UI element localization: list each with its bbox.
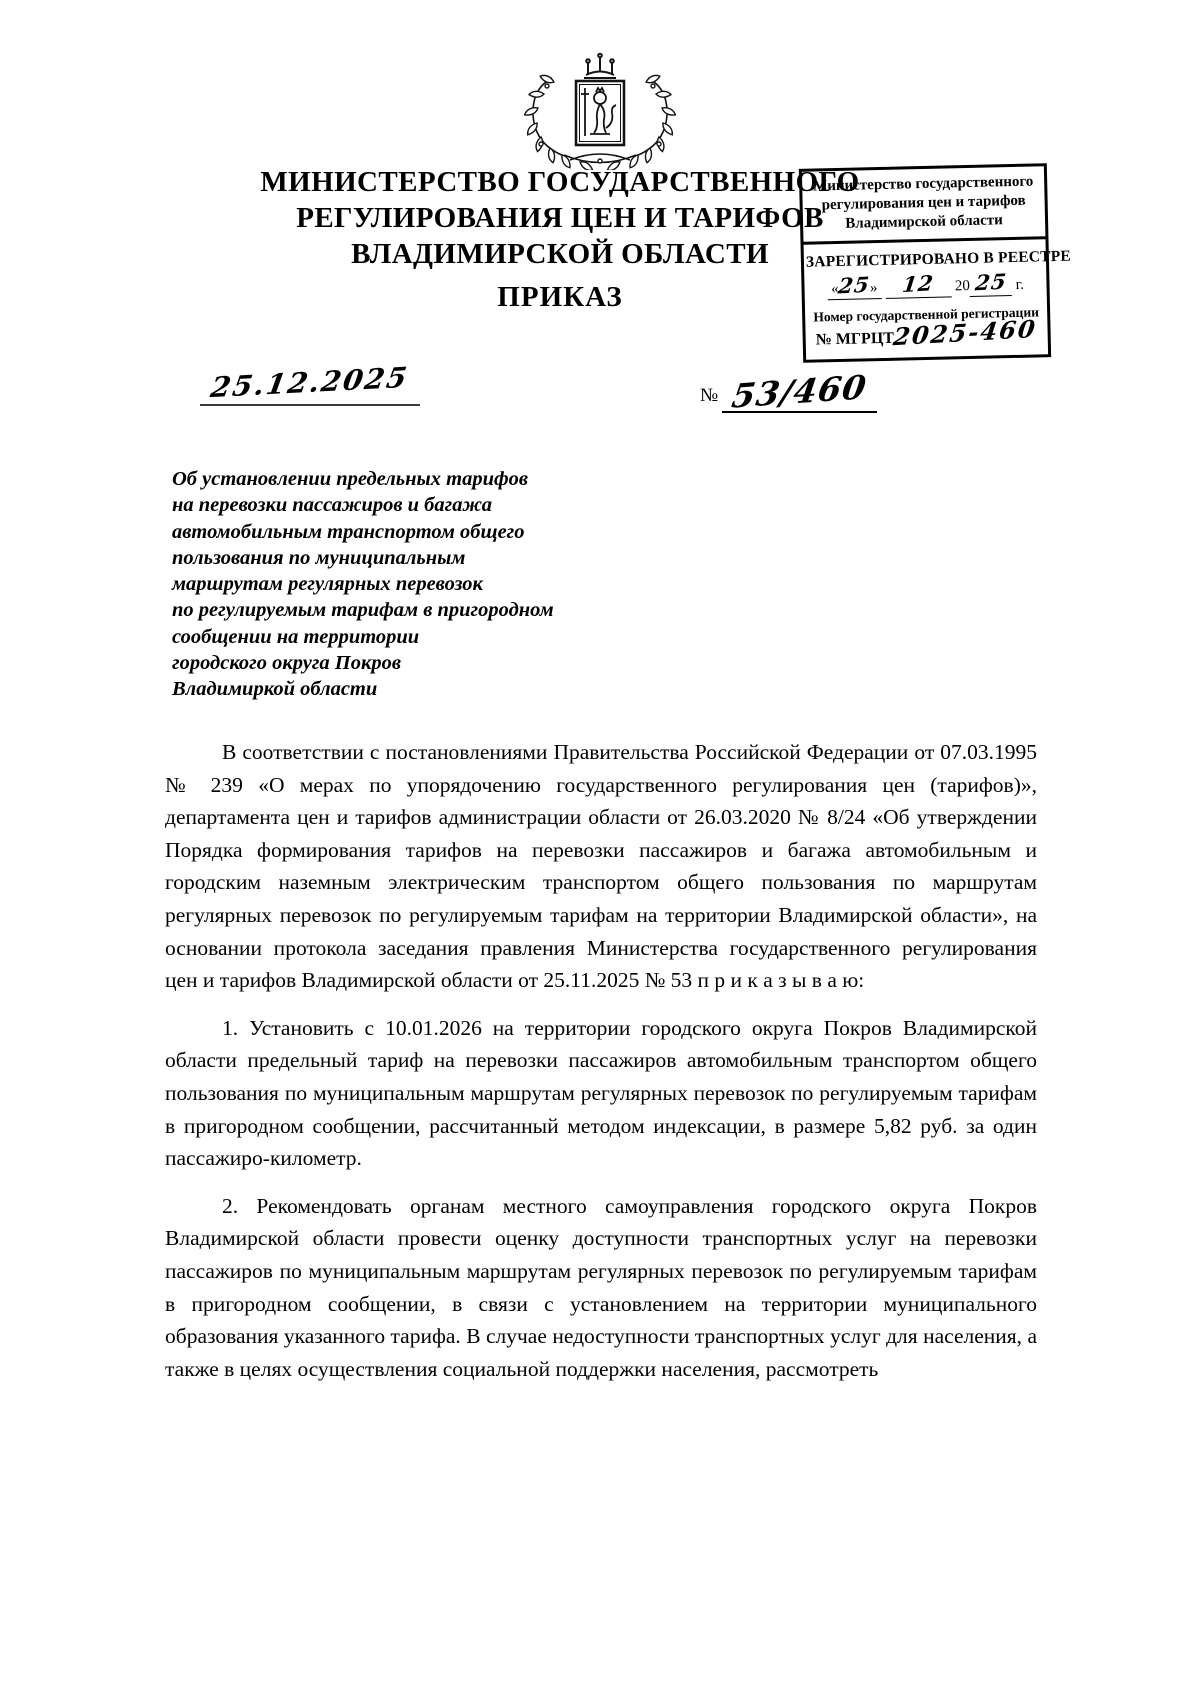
subject-line: на перевозки пассажиров и багажа [172, 492, 652, 518]
stamp-year-prefix: 20 [955, 278, 970, 294]
stamp-reg-number-value-handwritten: 2025-460 [892, 320, 1038, 346]
subject-line: пользования по муниципальным [172, 545, 652, 571]
preamble-paragraph: В соответствии с постановлениями Правите… [165, 736, 1037, 997]
issue-date-handwritten: 25.12.2025 [209, 361, 412, 404]
stamp-quote-close: » [870, 280, 878, 296]
subject-line: сообщении на территории [172, 624, 652, 650]
stamp-organization-name: Министерство государственного регулирова… [802, 166, 1046, 244]
order-item-1: 1. Установить с 10.01.2026 на территории… [165, 1012, 1037, 1175]
stamp-reg-number-prefix: № МГРЦТ [816, 330, 895, 349]
coat-of-arms-icon [500, 52, 700, 170]
subject-line: по регулируемым тарифам в пригородном [172, 597, 652, 623]
stamp-reg-number: № МГРЦТ2025-460 [805, 320, 1048, 359]
subject-line: городского округа Покров [172, 650, 652, 676]
number-sign: № [700, 385, 718, 406]
subject-line: Владимиркой области [172, 676, 652, 702]
stamp-year-suffix: г. [1015, 277, 1024, 293]
stamp-day-handwritten: 25 [837, 276, 871, 296]
order-body: В соответствии с постановлениями Правите… [165, 736, 1037, 1385]
registration-stamp: Министерство государственного регулирова… [799, 163, 1051, 363]
subject-line: Об установлении предельных тарифов [172, 466, 652, 492]
stamp-year-handwritten: 25 [974, 273, 1008, 293]
subject-line: маршрутам регулярных перевозок [172, 571, 652, 597]
document-page: МИНИСТЕРСТВО ГОСУДАРСТВЕННОГО РЕГУЛИРОВА… [0, 0, 1200, 1697]
document-number-handwritten: 53/460 [730, 367, 870, 415]
stamp-month-handwritten: 12 [901, 274, 935, 294]
subject-line: автомобильным транспортом общего [172, 519, 652, 545]
stamp-registration-date: «25» 12 2025 г. [804, 268, 1047, 307]
document-number: № 53/460 [700, 372, 877, 413]
document-number-line: 53/460 [722, 372, 877, 413]
order-item-2: 2. Рекомендовать органам местного самоуп… [165, 1190, 1037, 1386]
order-subject: Об установлении предельных тарифов на пе… [172, 466, 652, 703]
issue-date: 25.12.2025 [200, 366, 420, 406]
